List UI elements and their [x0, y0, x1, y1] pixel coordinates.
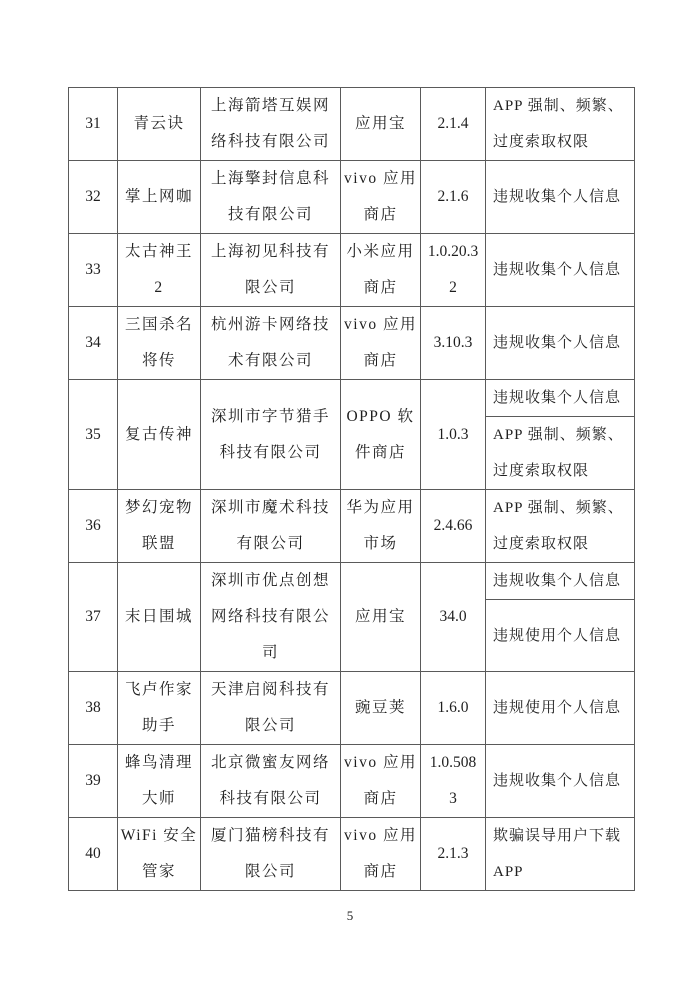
cell-text-line: 36	[85, 508, 101, 544]
cell-text-line: 件商店	[355, 435, 406, 471]
cell-text-line: 厦门猫榜科技有	[211, 818, 330, 854]
cell-text-line: vivo 应用	[344, 745, 417, 781]
table-row: 35复古传神深圳市字节猎手科技有限公司OPPO 软件商店1.0.3违规收集个人信…	[69, 380, 634, 490]
app-store-cell: vivo 应用商店	[341, 307, 421, 379]
cell-text-line: 欺骗误导用户下载	[493, 818, 630, 854]
cell-text-line: 杭州游卡网络技	[211, 307, 330, 343]
app-name-cell: 飞卢作家助手	[118, 672, 201, 744]
app-store-cell: 应用宝	[341, 88, 421, 160]
app-name-cell: 梦幻宠物联盟	[118, 490, 201, 562]
cell-text-line: 38	[85, 690, 101, 726]
developer-cell: 上海初见科技有限公司	[201, 234, 341, 306]
version-cell: 34.0	[421, 563, 486, 671]
cell-text-line: 3	[449, 781, 457, 817]
version-cell: 2.1.4	[421, 88, 486, 160]
cell-text-line: 华为应用	[346, 490, 414, 526]
cell-text-line: 商店	[363, 343, 397, 379]
cell-text-line: 2.4.66	[434, 508, 473, 544]
cell-text-line: 违规使用个人信息	[493, 618, 630, 654]
cell-text-line: 商店	[363, 854, 397, 890]
violation-cell: 违规收集个人信息	[486, 234, 634, 306]
violation-item: 违规收集个人信息	[486, 234, 634, 306]
serial-number-cell: 32	[69, 161, 118, 233]
cell-text-line: 深圳市优点创想	[211, 563, 330, 599]
cell-text-line: 40	[85, 836, 101, 872]
violation-item: 违规收集个人信息	[486, 161, 634, 233]
cell-text-line: APP	[493, 854, 630, 890]
cell-text-line: 上海擎封信息科	[211, 161, 330, 197]
cell-text-line: 管家	[142, 854, 176, 890]
app-store-cell: OPPO 软件商店	[341, 380, 421, 489]
cell-text-line: 技有限公司	[228, 197, 313, 233]
cell-text-line: 将传	[142, 343, 176, 379]
cell-text-line: 限公司	[245, 854, 296, 890]
violation-item: APP 强制、频繁、过度索取权限	[486, 88, 634, 160]
cell-text-line: 豌豆荚	[355, 690, 406, 726]
cell-text-line: 商店	[363, 270, 397, 306]
violation-item: APP 强制、频繁、过度索取权限	[486, 490, 634, 562]
developer-cell: 深圳市字节猎手科技有限公司	[201, 380, 341, 489]
cell-text-line: 上海初见科技有	[211, 234, 330, 270]
cell-text-line: 违规收集个人信息	[493, 380, 630, 416]
table-row: 33太古神王2上海初见科技有限公司小米应用商店1.0.20.32违规收集个人信息	[69, 234, 634, 307]
cell-text-line: APP 强制、频繁、	[493, 490, 630, 526]
serial-number-cell: 34	[69, 307, 118, 379]
serial-number-cell: 40	[69, 818, 118, 890]
cell-text-line: 助手	[142, 708, 176, 744]
cell-text-line: 大师	[142, 781, 176, 817]
cell-text-line: 过度索取权限	[493, 453, 630, 489]
version-cell: 1.0.3	[421, 380, 486, 489]
developer-cell: 杭州游卡网络技术有限公司	[201, 307, 341, 379]
cell-text-line: 掌上网咖	[125, 179, 193, 215]
cell-text-line: OPPO 软	[346, 399, 414, 435]
cell-text-line: 违规收集个人信息	[493, 325, 630, 361]
cell-text-line: 深圳市魔术科技	[211, 490, 330, 526]
table-row: 32掌上网咖上海擎封信息科技有限公司vivo 应用商店2.1.6违规收集个人信息	[69, 161, 634, 234]
violation-item: 违规收集个人信息	[486, 745, 634, 817]
developer-cell: 深圳市魔术科技有限公司	[201, 490, 341, 562]
cell-text-line: vivo 应用	[344, 161, 417, 197]
table-row: 40WiFi 安全管家厦门猫榜科技有限公司vivo 应用商店2.1.3欺骗误导用…	[69, 818, 634, 890]
cell-text-line: 飞卢作家	[125, 672, 193, 708]
developer-cell: 天津启阅科技有限公司	[201, 672, 341, 744]
violation-cell: 违规使用个人信息	[486, 672, 634, 744]
app-store-cell: 应用宝	[341, 563, 421, 671]
cell-text-line: 司	[262, 635, 279, 671]
version-cell: 1.6.0	[421, 672, 486, 744]
cell-text-line: 2.1.6	[438, 179, 469, 215]
cell-text-line: 34.0	[439, 599, 466, 635]
app-name-cell: 掌上网咖	[118, 161, 201, 233]
violation-item: 违规使用个人信息	[486, 600, 634, 671]
serial-number-cell: 33	[69, 234, 118, 306]
cell-text-line: 限公司	[245, 270, 296, 306]
cell-text-line: 2.1.4	[438, 106, 469, 142]
app-violation-table: 31青云诀上海箭塔互娱网络科技有限公司应用宝2.1.4APP 强制、频繁、过度索…	[68, 87, 635, 891]
violation-cell: 违规收集个人信息APP 强制、频繁、过度索取权限	[486, 380, 634, 489]
cell-text-line: 违规收集个人信息	[493, 763, 630, 799]
app-name-cell: 青云诀	[118, 88, 201, 160]
cell-text-line: 限公司	[245, 708, 296, 744]
cell-text-line: 1.6.0	[438, 690, 469, 726]
cell-text-line: 联盟	[142, 526, 176, 562]
app-store-cell: 小米应用商店	[341, 234, 421, 306]
cell-text-line: 39	[85, 763, 101, 799]
cell-text-line: 应用宝	[355, 106, 406, 142]
cell-text-line: 上海箭塔互娱网	[211, 88, 330, 124]
app-store-cell: vivo 应用商店	[341, 161, 421, 233]
cell-text-line: 过度索取权限	[493, 526, 630, 562]
violation-item: 违规收集个人信息	[486, 307, 634, 379]
app-name-cell: 蜂鸟清理大师	[118, 745, 201, 817]
cell-text-line: 3.10.3	[434, 325, 473, 361]
cell-text-line: 32	[85, 179, 101, 215]
cell-text-line: 市场	[363, 526, 397, 562]
serial-number-cell: 31	[69, 88, 118, 160]
cell-text-line: 梦幻宠物	[125, 490, 193, 526]
version-cell: 3.10.3	[421, 307, 486, 379]
cell-text-line: vivo 应用	[344, 307, 417, 343]
version-cell: 2.1.6	[421, 161, 486, 233]
developer-cell: 上海擎封信息科技有限公司	[201, 161, 341, 233]
cell-text-line: 违规使用个人信息	[493, 690, 630, 726]
violation-cell: 欺骗误导用户下载APP	[486, 818, 634, 890]
version-cell: 2.4.66	[421, 490, 486, 562]
developer-cell: 厦门猫榜科技有限公司	[201, 818, 341, 890]
violation-item: 违规收集个人信息	[486, 563, 634, 600]
cell-text-line: 末日围城	[125, 599, 193, 635]
app-name-cell: 复古传神	[118, 380, 201, 489]
version-cell: 2.1.3	[421, 818, 486, 890]
app-name-cell: 三国杀名将传	[118, 307, 201, 379]
serial-number-cell: 35	[69, 380, 118, 489]
cell-text-line: APP 强制、频繁、	[493, 88, 630, 124]
app-store-cell: vivo 应用商店	[341, 745, 421, 817]
cell-text-line: 商店	[363, 197, 397, 233]
violation-cell: 违规收集个人信息	[486, 745, 634, 817]
cell-text-line: 31	[85, 106, 101, 142]
app-name-cell: 末日围城	[118, 563, 201, 671]
cell-text-line: 2.1.3	[438, 836, 469, 872]
violation-cell: 违规收集个人信息	[486, 161, 634, 233]
cell-text-line: 过度索取权限	[493, 124, 630, 160]
cell-text-line: 科技有限公司	[219, 781, 321, 817]
violation-item: 违规使用个人信息	[486, 672, 634, 744]
table-row: 37末日围城深圳市优点创想网络科技有限公司应用宝34.0违规收集个人信息违规使用…	[69, 563, 634, 672]
violation-cell: 违规收集个人信息	[486, 307, 634, 379]
table-row: 34三国杀名将传杭州游卡网络技术有限公司vivo 应用商店3.10.3违规收集个…	[69, 307, 634, 380]
app-name-cell: 太古神王2	[118, 234, 201, 306]
table-row: 39蜂鸟清理大师北京微蜜友网络科技有限公司vivo 应用商店1.0.5083违规…	[69, 745, 634, 818]
serial-number-cell: 39	[69, 745, 118, 817]
cell-text-line: 商店	[363, 781, 397, 817]
cell-text-line: 科技有限公司	[219, 435, 321, 471]
cell-text-line: 33	[85, 252, 101, 288]
cell-text-line: 违规收集个人信息	[493, 179, 630, 215]
cell-text-line: 复古传神	[125, 417, 193, 453]
cell-text-line: 37	[85, 599, 101, 635]
cell-text-line: 34	[85, 325, 101, 361]
app-store-cell: 华为应用市场	[341, 490, 421, 562]
table-row: 31青云诀上海箭塔互娱网络科技有限公司应用宝2.1.4APP 强制、频繁、过度索…	[69, 88, 634, 161]
cell-text-line: 1.0.508	[430, 745, 477, 781]
cell-text-line: 有限公司	[236, 526, 304, 562]
app-store-cell: 豌豆荚	[341, 672, 421, 744]
cell-text-line: 太古神王	[125, 234, 193, 270]
cell-text-line: WiFi 安全	[121, 818, 198, 854]
cell-text-line: 应用宝	[355, 599, 406, 635]
violation-item: 违规收集个人信息	[486, 380, 634, 417]
violation-cell: 违规收集个人信息违规使用个人信息	[486, 563, 634, 671]
cell-text-line: vivo 应用	[344, 818, 417, 854]
cell-text-line: 深圳市字节猎手	[211, 399, 330, 435]
cell-text-line: APP 强制、频繁、	[493, 417, 630, 453]
cell-text-line: 网络科技有限公	[211, 599, 330, 635]
table-row: 36梦幻宠物联盟深圳市魔术科技有限公司华为应用市场2.4.66APP 强制、频繁…	[69, 490, 634, 563]
cell-text-line: 2	[449, 270, 457, 306]
app-store-cell: vivo 应用商店	[341, 818, 421, 890]
cell-text-line: 违规收集个人信息	[493, 563, 630, 599]
violation-item: APP 强制、频繁、过度索取权限	[486, 417, 634, 489]
page-number: 5	[0, 908, 700, 924]
cell-text-line: 络科技有限公司	[211, 124, 330, 160]
violation-cell: APP 强制、频繁、过度索取权限	[486, 88, 634, 160]
document-page: 31青云诀上海箭塔互娱网络科技有限公司应用宝2.1.4APP 强制、频繁、过度索…	[0, 0, 700, 990]
cell-text-line: 术有限公司	[228, 343, 313, 379]
cell-text-line: 违规收集个人信息	[493, 252, 630, 288]
serial-number-cell: 37	[69, 563, 118, 671]
cell-text-line: 青云诀	[133, 106, 184, 142]
violation-cell: APP 强制、频繁、过度索取权限	[486, 490, 634, 562]
version-cell: 1.0.5083	[421, 745, 486, 817]
developer-cell: 北京微蜜友网络科技有限公司	[201, 745, 341, 817]
cell-text-line: 1.0.3	[438, 417, 469, 453]
app-name-cell: WiFi 安全管家	[118, 818, 201, 890]
cell-text-line: 2	[154, 270, 163, 306]
cell-text-line: 小米应用	[346, 234, 414, 270]
cell-text-line: 北京微蜜友网络	[211, 745, 330, 781]
table-row: 38飞卢作家助手天津启阅科技有限公司豌豆荚1.6.0违规使用个人信息	[69, 672, 634, 745]
cell-text-line: 三国杀名	[125, 307, 193, 343]
cell-text-line: 蜂鸟清理	[125, 745, 193, 781]
developer-cell: 深圳市优点创想网络科技有限公司	[201, 563, 341, 671]
serial-number-cell: 36	[69, 490, 118, 562]
cell-text-line: 35	[85, 417, 101, 453]
violation-item: 欺骗误导用户下载APP	[486, 818, 634, 890]
serial-number-cell: 38	[69, 672, 118, 744]
cell-text-line: 天津启阅科技有	[211, 672, 330, 708]
version-cell: 1.0.20.32	[421, 234, 486, 306]
developer-cell: 上海箭塔互娱网络科技有限公司	[201, 88, 341, 160]
cell-text-line: 1.0.20.3	[428, 234, 478, 270]
